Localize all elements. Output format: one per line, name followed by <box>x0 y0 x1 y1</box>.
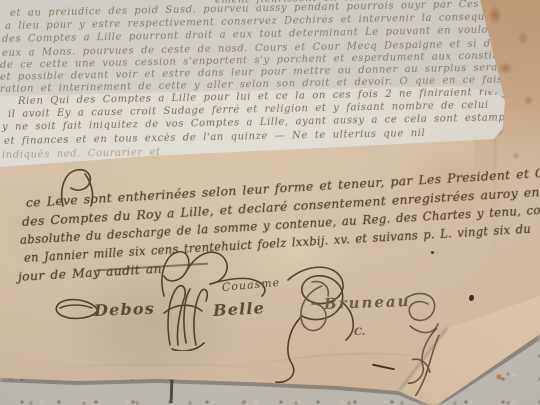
signature-monogram-icon <box>152 283 212 351</box>
countersign-paraph-flourish-icon <box>150 246 280 306</box>
wrinkle-line <box>58 364 258 375</box>
handwritten-line: eux a Mons. pourvues de ceste de nosd. C… <box>2 39 498 59</box>
handwritten-line: absoluthe du descharge de la somme y con… <box>20 201 540 246</box>
handwritten-line: y ne soit fait iniquitez de vos Comptes … <box>2 113 518 133</box>
handwritten-line: et possible devant voir et estre dans le… <box>0 63 524 83</box>
handwritten-line: ement fleurissent en tout Ca en tout com… <box>215 0 513 6</box>
signature-ornament-icon <box>52 296 102 322</box>
handwritten-line: et finances et en tous excès de l'an qui… <box>4 129 426 147</box>
signature-initial-flourish-icon <box>292 278 334 336</box>
ink-hole-speck <box>469 295 474 301</box>
wrinkle-line <box>258 350 421 377</box>
signature-debos: Debos <box>94 301 155 319</box>
handwritten-line: en Jannier mille six cens trentehuict fo… <box>24 223 532 265</box>
ink-speck <box>431 251 434 254</box>
handwritten-line: il avoit Ey a cause croit Sudage ferré e… <box>8 101 489 120</box>
handwritten-line: des Comptes a Lille pourront droit a eux… <box>2 25 498 45</box>
signature-belle: Belle <box>213 300 266 319</box>
manuscript-photo: ce Leve sont entherinées selon leur form… <box>0 0 540 405</box>
handwritten-line: a lieu pour y estre respectivement conse… <box>5 12 511 32</box>
handwritten-line: et au preiudice des poid Susd. pourveu a… <box>10 0 511 19</box>
opening-paraph-flourish-icon <box>55 166 107 210</box>
handwritten-line: de ce cette une vous cession s'enportent… <box>0 51 540 71</box>
handwritten-line: ce Leve sont entherinées selon leur form… <box>26 166 540 210</box>
ink-underline <box>96 263 208 271</box>
countersign-word: Couasme <box>222 277 281 293</box>
handwritten-line: des Comptes du Roy a Lille, et declaré c… <box>22 183 540 229</box>
signature-paraph-flourish-icon <box>398 286 442 340</box>
signature-bruneau: Bruneau <box>324 294 411 312</box>
signature-secondary-mark: C. <box>354 328 365 338</box>
